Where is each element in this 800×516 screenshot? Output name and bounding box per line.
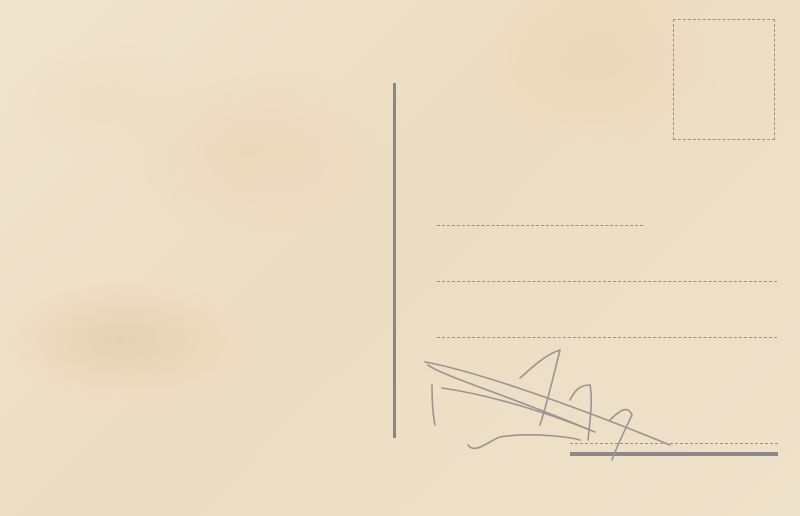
pencil-signature [0, 0, 800, 516]
postcard-back [0, 0, 800, 516]
